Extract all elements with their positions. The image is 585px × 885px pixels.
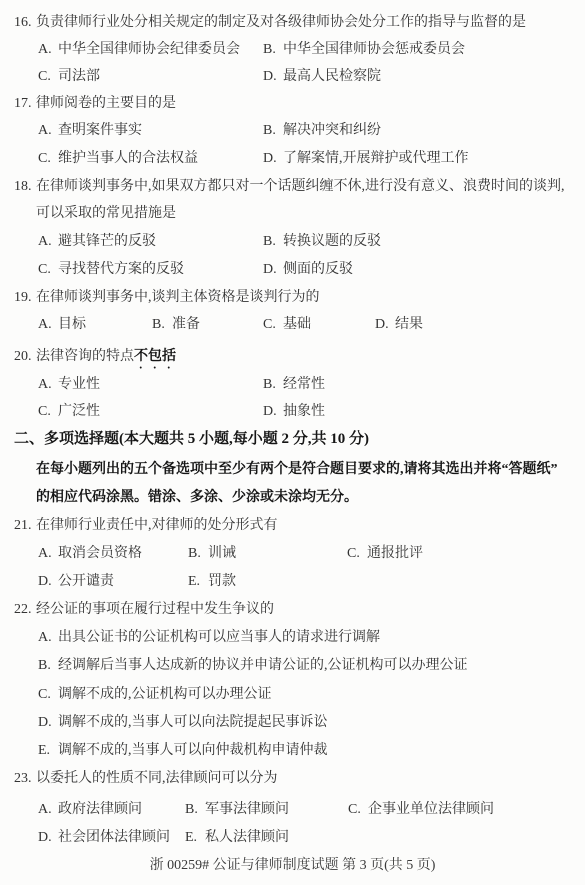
question-17-option-d: D.了解案情,开展辩护或代理工作 [263,149,469,169]
question-text: 可以采取的常见措施是 [36,206,176,221]
option-label: D. [263,67,283,87]
question-number: 19. [14,288,36,308]
option-label: C. [38,149,58,169]
option-label: A. [38,628,58,648]
question-21-option-b: B.训诫 [188,544,236,564]
option-label: A. [38,375,58,395]
question-21-option-c: C.通报批评 [347,544,423,564]
option-text: 结果 [395,317,423,332]
question-text: 在律师谈判事务中,谈判主体资格是谈判行为的 [36,290,320,305]
question-19-option-b: B.准备 [152,315,200,335]
question-22-option-e: E.调解不成的,当事人可以向仲裁机构申请仲裁 [38,741,328,761]
option-text: 调解不成的,公证机构可以办理公证 [58,687,272,702]
option-label: D. [38,572,58,592]
question-number: 20. [14,347,36,367]
question-19-option-a: A.目标 [38,315,86,335]
question-text: 在律师行业责任中,对律师的处分形式有 [36,518,278,533]
option-text: 军事法律顾问 [205,802,289,817]
question-23-option-e: E.私人法律顾问 [185,828,289,848]
option-label: A. [38,544,58,564]
option-label: A. [38,232,58,252]
question-23-option-a: A.政府法律顾问 [38,800,142,820]
option-text: 广泛性 [58,404,100,419]
question-21-option-a: A.取消会员资格 [38,544,142,564]
question-number: 21. [14,516,36,536]
question-23-option-c: C.企事业单位法律顾问 [348,800,494,820]
page-footer: 浙 00259# 公证与律师制度试题 第 3 页(共 5 页) [0,854,585,874]
option-label: C. [263,315,283,335]
option-text: 转换议题的反驳 [283,234,381,249]
option-text: 查明案件事实 [58,123,142,138]
option-text: 罚款 [208,574,236,589]
question-text-emphasis: 不包括 [134,349,176,364]
question-23: 23.以委托人的性质不同,法律顾问可以分为 [14,769,278,789]
option-text: 经调解后当事人达成新的协议并申请公证的,公证机构可以办理公证 [58,658,468,673]
question-20-option-a: A.专业性 [38,375,100,395]
question-22-option-c: C.调解不成的,公证机构可以办理公证 [38,685,272,705]
option-label: C. [38,67,58,87]
question-text: 经公证的事项在履行过程中发生争议的 [36,602,274,617]
question-18-option-b: B.转换议题的反驳 [263,232,381,252]
option-text: 司法部 [58,69,100,84]
option-label: C. [348,800,368,820]
exam-page: 16.负责律师行业处分相关规定的制定及对各级律师协会处分工作的指导与监督的是 A… [0,0,585,885]
question-19-option-d: D.结果 [375,315,423,335]
question-number: 17. [14,94,36,114]
option-text: 目标 [58,317,86,332]
question-number: 23. [14,769,36,789]
question-18: 18.在律师谈判事务中,如果双方都只对一个话题纠缠不休,进行没有意义、浪费时间的… [14,177,565,197]
option-text: 取消会员资格 [58,546,142,561]
question-17-option-a: A.查明案件事实 [38,121,142,141]
option-text: 通报批评 [367,546,423,561]
option-text: 避其锋芒的反驳 [58,234,156,249]
question-20: 20.法律咨询的特点不包括 [14,347,176,367]
section-instructions-line1: 在每小题列出的五个备选项中至少有两个是符合题目要求的,请将其选出并将“答题纸” [36,460,558,480]
option-label: C. [38,402,58,422]
question-22-option-a: A.出具公证书的公证机构可以应当事人的请求进行调解 [38,628,380,648]
question-18-line2: 可以采取的常见措施是 [36,204,176,224]
option-text: 训诫 [208,546,236,561]
option-label: B. [263,40,283,60]
option-label: B. [38,656,58,676]
option-text: 准备 [172,317,200,332]
option-text: 政府法律顾问 [58,802,142,817]
question-17-option-b: B.解决冲突和纠纷 [263,121,381,141]
question-22-option-b: B.经调解后当事人达成新的协议并申请公证的,公证机构可以办理公证 [38,656,468,676]
option-text: 专业性 [58,377,100,392]
question-text: 法律咨询的特点 [36,349,134,364]
question-text: 以委托人的性质不同,法律顾问可以分为 [36,771,278,786]
option-text: 私人法律顾问 [205,830,289,845]
option-label: B. [188,544,208,564]
option-label: E. [185,828,205,848]
option-text: 侧面的反驳 [283,262,353,277]
question-17-option-c: C.维护当事人的合法权益 [38,149,198,169]
question-16: 16.负责律师行业处分相关规定的制定及对各级律师协会处分工作的指导与监督的是 [14,13,526,33]
option-text: 解决冲突和纠纷 [283,123,381,138]
question-21-option-e: E.罚款 [188,572,236,592]
option-text: 中华全国律师协会纪律委员会 [58,42,240,57]
option-label: D. [263,149,283,169]
section-heading: 二、多项选择题(本大题共 5 小题,每小题 2 分,共 10 分) [14,429,369,449]
question-16-option-d: D.最高人民检察院 [263,67,381,87]
section-instructions-line2: 的相应代码涂黑。错涂、多涂、少涂或未涂均无分。 [36,488,358,508]
option-label: C. [347,544,367,564]
option-label: B. [185,800,205,820]
option-label: C. [38,260,58,280]
option-text: 调解不成的,当事人可以向法院提起民事诉讼 [58,715,328,730]
question-21: 21.在律师行业责任中,对律师的处分形式有 [14,516,278,536]
option-label: A. [38,800,58,820]
option-label: D. [375,315,395,335]
option-text: 寻找替代方案的反驳 [58,262,184,277]
option-label: B. [263,375,283,395]
option-text: 抽象性 [283,404,325,419]
option-text: 中华全国律师协会惩戒委员会 [283,42,465,57]
option-text: 基础 [283,317,311,332]
question-18-option-a: A.避其锋芒的反驳 [38,232,156,252]
option-text: 经常性 [283,377,325,392]
option-label: C. [38,685,58,705]
option-label: D. [38,828,58,848]
option-text: 社会团体法律顾问 [58,830,170,845]
question-18-option-c: C.寻找替代方案的反驳 [38,260,184,280]
question-19: 19.在律师谈判事务中,谈判主体资格是谈判行为的 [14,288,320,308]
question-number: 18. [14,177,36,197]
option-label: A. [38,315,58,335]
question-18-option-d: D.侧面的反驳 [263,260,353,280]
question-23-option-b: B.军事法律顾问 [185,800,289,820]
option-text: 了解案情,开展辩护或代理工作 [283,151,469,166]
question-16-option-c: C.司法部 [38,67,100,87]
question-number: 16. [14,13,36,33]
question-20-option-c: C.广泛性 [38,402,100,422]
option-label: D. [263,260,283,280]
question-20-option-d: D.抽象性 [263,402,325,422]
option-text: 最高人民检察院 [283,69,381,84]
question-number: 22. [14,600,36,620]
option-text: 调解不成的,当事人可以向仲裁机构申请仲裁 [58,743,328,758]
option-text: 公开谴责 [58,574,114,589]
option-label: D. [38,713,58,733]
option-label: E. [188,572,208,592]
question-17: 17.律师阅卷的主要目的是 [14,94,176,114]
question-16-option-b: B.中华全国律师协会惩戒委员会 [263,40,465,60]
question-20-option-b: B.经常性 [263,375,325,395]
question-23-option-d: D.社会团体法律顾问 [38,828,170,848]
option-label: A. [38,121,58,141]
option-label: D. [263,402,283,422]
option-text: 出具公证书的公证机构可以应当事人的请求进行调解 [58,630,380,645]
question-22-option-d: D.调解不成的,当事人可以向法院提起民事诉讼 [38,713,328,733]
option-label: B. [263,121,283,141]
option-text: 维护当事人的合法权益 [58,151,198,166]
question-22: 22.经公证的事项在履行过程中发生争议的 [14,600,274,620]
option-label: B. [152,315,172,335]
option-label: B. [263,232,283,252]
question-16-option-a: A.中华全国律师协会纪律委员会 [38,40,240,60]
question-text: 在律师谈判事务中,如果双方都只对一个话题纠缠不休,进行没有意义、浪费时间的谈判, [36,179,565,194]
question-text: 律师阅卷的主要目的是 [36,96,176,111]
question-21-option-d: D.公开谴责 [38,572,114,592]
question-text: 负责律师行业处分相关规定的制定及对各级律师协会处分工作的指导与监督的是 [36,15,526,30]
question-19-option-c: C.基础 [263,315,311,335]
option-label: E. [38,741,58,761]
option-text: 企事业单位法律顾问 [368,802,494,817]
option-label: A. [38,40,58,60]
